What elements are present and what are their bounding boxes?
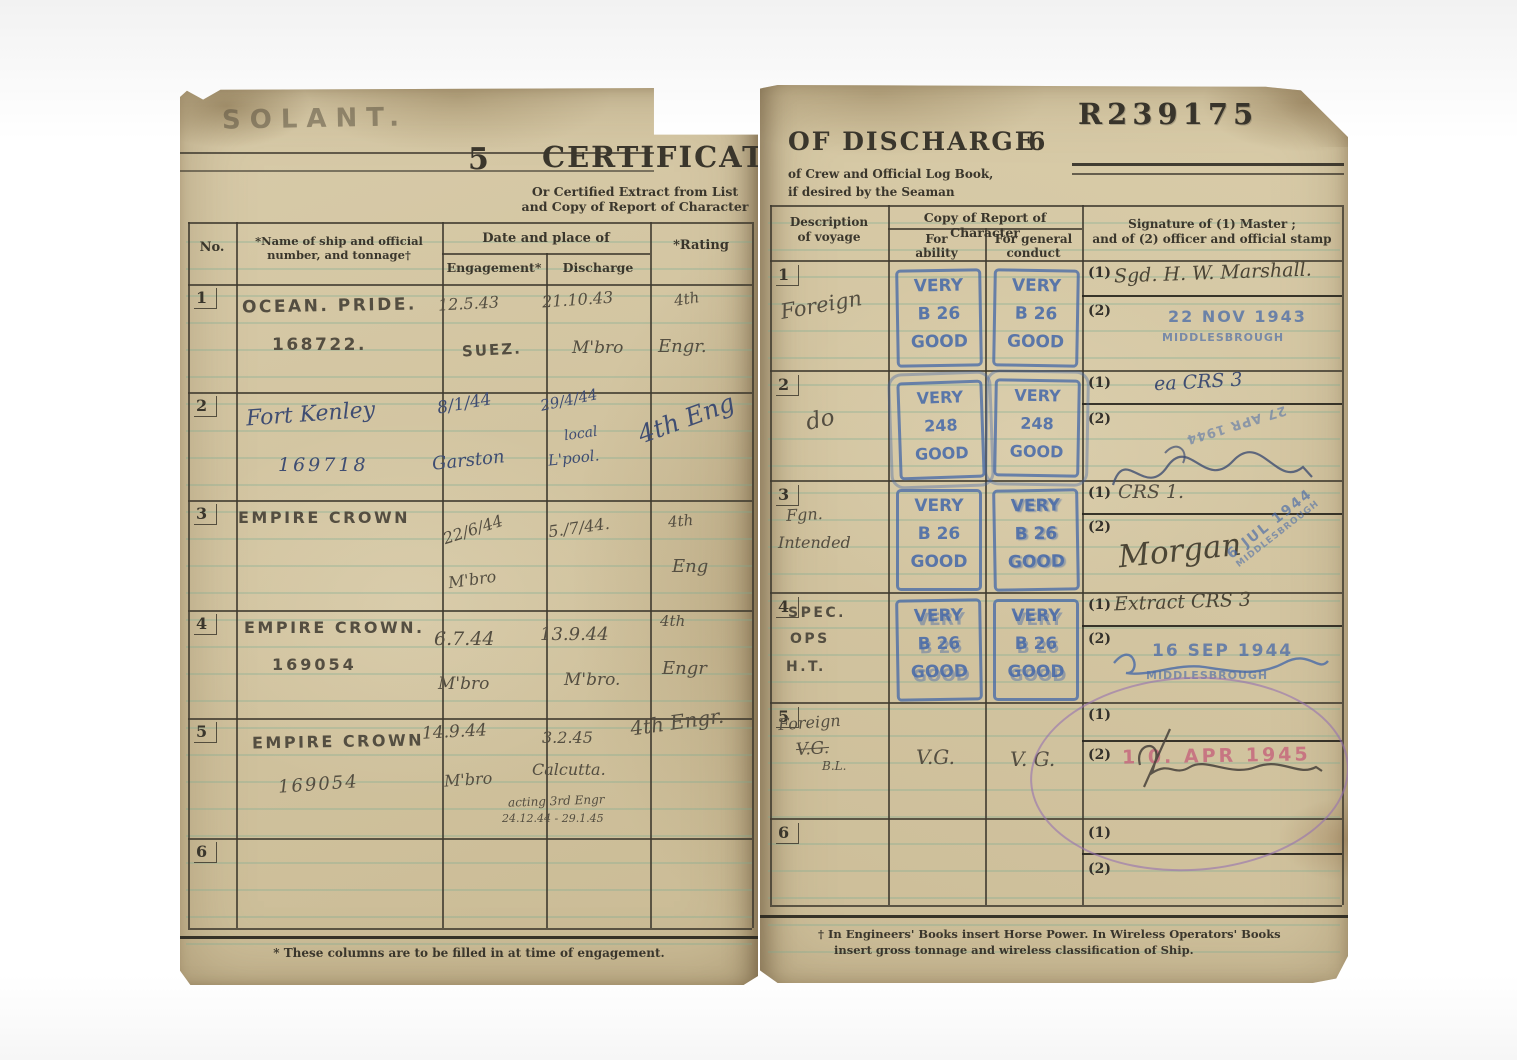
table-line <box>546 253 548 928</box>
col-header-ship: *Name of ship and official number, and t… <box>240 234 438 262</box>
conduct-stamp: VERYB 26GOOD <box>993 599 1079 701</box>
table-line <box>442 222 444 928</box>
col-header-signature: Signature of (1) Master ; and of (2) off… <box>1086 217 1338 247</box>
col-header-conduct-2: conduct <box>985 246 1082 260</box>
subtitle-line-1: Or Certified Extract from List <box>508 184 762 199</box>
sig-label-2: (2) <box>1088 519 1111 535</box>
subtitle-line-1: of Crew and Official Log Book, <box>788 167 993 181</box>
certificate-page-left: SOLANT. 5 CERTIFICATE Or Certified Extra… <box>180 88 758 985</box>
col-header-signature-1: Signature of (1) Master ; <box>1086 217 1338 232</box>
discharge-note: acting 3rd Engr <box>508 792 605 809</box>
stamp-line: B 26 <box>899 520 979 548</box>
voyage-desc: OPS <box>790 631 830 647</box>
table-line <box>770 205 1342 207</box>
sig-label-1: (1) <box>1088 265 1111 281</box>
discharge-place: M'bro. <box>564 670 620 690</box>
stamp-line: VERY <box>899 383 980 414</box>
table-line <box>188 284 752 286</box>
stamp-line: 248 <box>900 411 981 442</box>
rating: 4th Engr. <box>629 704 725 741</box>
row-number: 5 <box>194 722 217 743</box>
stamp-line: VERY <box>995 491 1075 520</box>
col-header-voyage: Description of voyage <box>772 215 886 245</box>
discharge-date: 29/4/44 <box>539 385 599 415</box>
place-stamp: MIDDLESBROUGH <box>1162 331 1284 344</box>
ship-name: Fort Kenley <box>245 398 376 432</box>
officer-note: ea CRS 3 <box>1153 369 1243 396</box>
engagement-date: 8/1/44 <box>436 389 493 418</box>
sig-label-1: (1) <box>1088 375 1111 391</box>
ship-name: OCEAN. PRIDE. <box>242 294 417 317</box>
row-number: 1 <box>194 288 217 309</box>
footnote-right-2: insert gross tonnage and wireless classi… <box>834 943 1194 957</box>
date-stamp: 22 NOV 1943 <box>1168 307 1307 326</box>
folded-corner <box>1256 85 1348 147</box>
row-number: 1 <box>776 265 799 286</box>
stamp-line: VERY <box>898 271 978 300</box>
table-line <box>650 222 652 928</box>
master-signature: Sgd. H. W. Marshall. <box>1114 259 1312 288</box>
ship-number: 168722. <box>272 335 367 355</box>
row-number: 3 <box>776 485 799 506</box>
discharge-note: local <box>563 424 598 445</box>
col-header-signature-2: and of (2) officer and official stamp <box>1086 232 1338 247</box>
engagement-date: 14.9.44 <box>422 720 488 743</box>
officer-note: CRS 1. <box>1118 481 1184 503</box>
engagement-date: 22/6/44 <box>441 511 506 548</box>
rating: 4th <box>667 511 694 531</box>
engagement-place: M'bro <box>447 567 497 593</box>
stamp-line: GOOD <box>996 547 1076 576</box>
stamp-line: VERY <box>996 602 1076 630</box>
stamp-line: GOOD <box>996 437 1076 466</box>
ability-stamp: VERYB 26GOOD <box>896 489 982 591</box>
table-heavy-rule <box>180 936 758 939</box>
conduct-stamp: VERY248GOOD <box>993 378 1081 477</box>
ship-number: 169718 <box>278 454 369 476</box>
table-heavy-rule <box>760 915 1348 918</box>
ability-mark: V.G. <box>916 745 955 769</box>
stamp-line: VERY <box>898 601 978 630</box>
table-line <box>188 928 752 930</box>
row-number: 2 <box>776 375 799 396</box>
sig-label-1: (1) <box>1088 825 1111 841</box>
col-header-no: No. <box>190 240 234 255</box>
discharge-page-right: R239175 OF DISCHARGE 6 of Crew and Offic… <box>760 85 1348 983</box>
col-header-engagement: Engagement* <box>442 260 546 275</box>
sig-label-2: (2) <box>1088 861 1111 877</box>
stamp-line: B 26 <box>899 629 979 658</box>
col-header-conduct-1: For general <box>985 232 1082 246</box>
page-number-left: 5 <box>468 142 489 177</box>
sig-label-2: (2) <box>1088 411 1111 427</box>
stamp-line: B 26 <box>996 630 1076 658</box>
sig-label-1: (1) <box>1088 485 1111 501</box>
row-number: 6 <box>194 842 217 863</box>
discharge-note: 24.12.44 - 29.1.45 <box>502 812 604 825</box>
conduct-stamp: VERYB 26GOOD <box>992 488 1080 591</box>
sig-label-2: (2) <box>1088 303 1111 319</box>
col-header-ability-1: For <box>888 232 985 246</box>
voyage-desc: SPEC. <box>788 605 846 621</box>
ability-stamp: VERY248GOOD <box>896 380 985 481</box>
col-header-dateplace: Date and place of <box>442 231 650 246</box>
engagement-place: M'bro <box>438 674 489 694</box>
conduct-stamp: VERYB 26GOOD <box>992 268 1080 367</box>
stamp-line: VERY <box>996 271 1076 300</box>
page-subtitle-left: Or Certified Extract from List and Copy … <box>508 184 762 214</box>
table-line <box>752 222 754 928</box>
stamp-line: GOOD <box>899 548 979 576</box>
discharge-date: 13.9.44 <box>540 624 609 645</box>
voyage-initials: B.L. <box>822 759 846 773</box>
rating: Engr. <box>658 336 707 357</box>
stamp-line: B 26 <box>996 519 1076 548</box>
subtitle-line-2: if desired by the Seaman <box>788 185 955 199</box>
col-header-conduct: For general conduct <box>985 232 1082 260</box>
engagement-place: M'bro <box>443 768 493 790</box>
table-line <box>770 905 1342 907</box>
voyage-desc: do <box>804 404 837 435</box>
tab-handwriting: SOLANT. <box>222 102 408 135</box>
table-line <box>770 592 1342 594</box>
sig-split-line <box>1082 625 1342 627</box>
stamp-line: GOOD <box>995 327 1075 356</box>
stamp-line: 248 <box>997 409 1077 438</box>
ship-name: EMPIRE CROWN <box>252 731 424 753</box>
voyage-desc: H.T. <box>786 659 826 675</box>
table-line <box>188 500 752 502</box>
col-header-rating: *Rating <box>650 238 752 253</box>
table-line <box>985 228 987 905</box>
stamp-line: VERY <box>997 381 1077 410</box>
row-number: 4 <box>194 614 217 635</box>
row-number: 6 <box>776 823 799 844</box>
rating: Eng <box>672 556 708 577</box>
discharge-date: 5./7/44. <box>547 514 611 541</box>
stamp-line: B 26 <box>899 299 979 328</box>
engagement-date: 12.5.43 <box>438 292 500 314</box>
voyage-desc: Intended <box>778 533 851 552</box>
stamp-line: B 26 <box>996 299 1076 328</box>
officer-note: Extract CRS 3 <box>1114 589 1252 616</box>
discharge-place: Calcutta. <box>532 760 606 779</box>
stamp-line: GOOD <box>901 439 982 470</box>
table-line <box>770 370 1342 372</box>
discharge-date: 3.2.45 <box>542 728 593 747</box>
col-header-voyage-2: of voyage <box>772 230 886 245</box>
table-line <box>188 838 752 840</box>
discharge-place: M'bro <box>572 338 623 358</box>
subtitle-line-2: and Copy of Report of Character <box>508 199 762 214</box>
serial-underline <box>1072 163 1344 175</box>
row-number: 2 <box>194 396 217 417</box>
col-header-voyage-1: Description <box>772 215 886 230</box>
rating: Engr <box>662 658 707 679</box>
ship-name: EMPIRE CROWN. <box>244 618 425 637</box>
table-line <box>770 205 772 905</box>
col-header-ability-2: ability <box>888 246 985 260</box>
engagement-place: SUEZ. <box>462 339 523 360</box>
table-line <box>188 222 752 224</box>
col-header-ship-2: number, and tonnage† <box>240 248 438 262</box>
ship-name: EMPIRE CROWN <box>238 508 410 527</box>
ability-stamp: VERYB 26GOOD <box>895 598 983 701</box>
table-line <box>888 205 890 905</box>
scanned-discharge-book: { "left_page": { "tab_text": "SOLANT.", … <box>0 0 1517 1060</box>
col-header-discharge: Discharge <box>546 260 650 275</box>
voyage-desc: Foreign <box>777 711 841 734</box>
footnote-left: * These columns are to be filled in at t… <box>180 946 758 960</box>
table-line <box>236 222 238 928</box>
voyage-desc: Fgn. <box>786 504 824 525</box>
col-header-ship-1: *Name of ship and official <box>240 234 438 248</box>
discharge-place: L'pool. <box>547 446 600 469</box>
col-header-ability: For ability <box>888 232 985 260</box>
stamp-line: GOOD <box>996 658 1076 686</box>
ship-number: 169054 <box>272 655 357 674</box>
page-title-right: OF DISCHARGE <box>788 127 1036 156</box>
rating: 4th <box>660 612 685 630</box>
voyage-desc-struck: V.G. <box>795 738 829 760</box>
page-title-left: CERTIFICATE <box>542 140 790 174</box>
footnote-right-1: † In Engineers' Books insert Horse Power… <box>818 927 1281 941</box>
table-line <box>188 222 190 928</box>
voyage-desc: Foreign <box>779 286 864 324</box>
stamp-line: GOOD <box>899 327 979 356</box>
stamp-line: VERY <box>899 492 979 520</box>
table-line <box>1342 205 1344 905</box>
ship-number: 169054 <box>277 771 359 798</box>
page-number-right: 6 <box>1028 127 1045 156</box>
rating: 4th <box>673 288 701 310</box>
sig-split-line <box>1082 403 1342 405</box>
serial-number: R239175 <box>1078 97 1258 131</box>
stamp-line: GOOD <box>899 657 979 686</box>
engagement-date: 6.7.44 <box>434 628 494 650</box>
sig-split-line <box>1082 295 1342 297</box>
row-number: 3 <box>194 504 217 525</box>
ability-stamp: VERYB 26GOOD <box>895 268 983 367</box>
discharge-date: 21.10.43 <box>541 288 613 312</box>
sig-label-1: (1) <box>1088 597 1111 613</box>
